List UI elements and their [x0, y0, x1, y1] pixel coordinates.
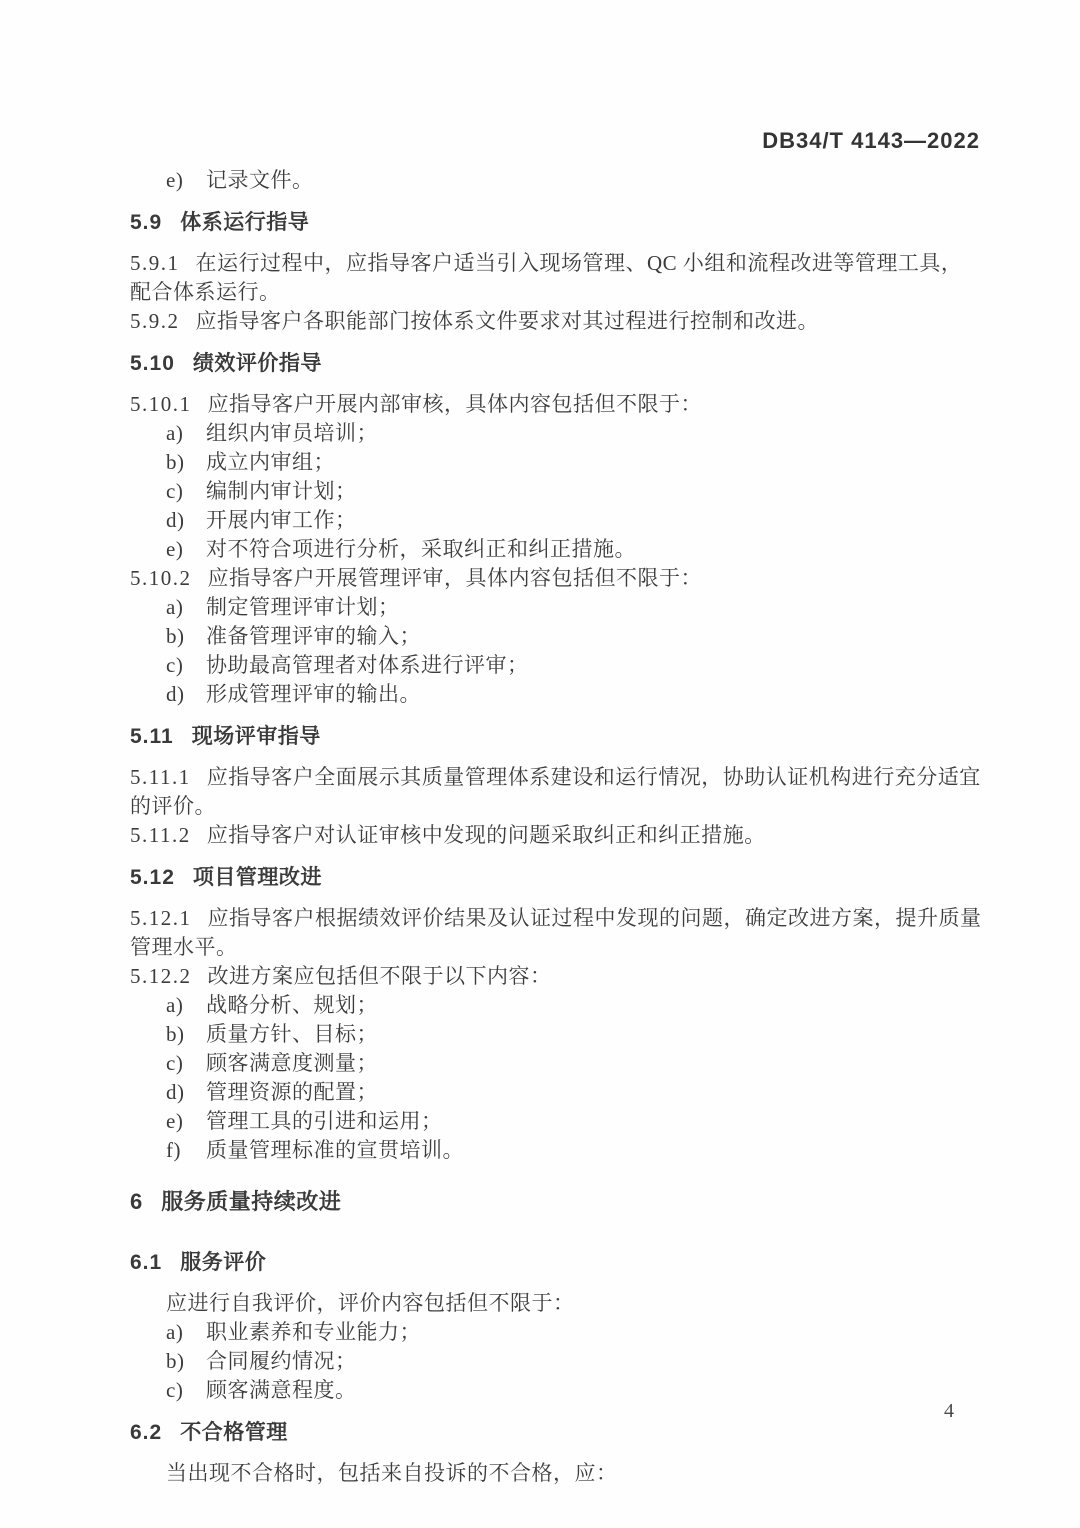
list-item: b)质量方针、目标； [130, 1020, 982, 1049]
clause-number: 5.12.2 [130, 964, 192, 988]
list-item-text: 成立内审组； [206, 450, 335, 474]
section-heading: 6.2不合格管理 [130, 1419, 982, 1447]
clause: 5.10.2应指导客户开展管理评审，具体内容包括但不限于： [130, 564, 982, 593]
list-marker: a) [166, 593, 206, 622]
list-item-text: 战略分析、规划； [206, 993, 378, 1017]
list-item: c)编制内审计划； [130, 477, 982, 506]
clause-number: 5.9.1 [130, 251, 180, 275]
list-item: b)成立内审组； [130, 448, 982, 477]
list-marker: c) [166, 651, 206, 680]
clause-text: 应指导客户对认证审核中发现的问题采取纠正和纠正措施。 [207, 823, 766, 847]
section-heading: 6.1服务评价 [130, 1249, 982, 1277]
list-item-text: 形成管理评审的输出。 [206, 682, 421, 706]
section-number: 5.9 [130, 211, 162, 234]
list-marker: d) [166, 506, 206, 535]
list-marker: b) [166, 622, 206, 651]
list-item: a)战略分析、规划； [130, 991, 982, 1020]
list-item: e)管理工具的引进和运用； [130, 1107, 982, 1136]
list-marker: b) [166, 448, 206, 477]
list-marker: e) [166, 1107, 206, 1136]
section-title: 服务质量持续改进 [161, 1189, 341, 1214]
list-item: a)职业素养和专业能力； [130, 1318, 982, 1347]
clause-text: 应指导客户各职能部门按体系文件要求对其过程进行控制和改进。 [196, 309, 820, 333]
document-content: e)记录文件。5.9体系运行指导5.9.1在运行过程中，应指导客户适当引入现场管… [130, 166, 982, 1488]
list-item: e)记录文件。 [130, 166, 982, 195]
clause-text: 应指导客户根据绩效评价结果及认证过程中发现的问题，确定改进方案，提升质量管理水平… [130, 906, 982, 959]
list-marker: e) [166, 535, 206, 564]
clause-text: 改进方案应包括但不限于以下内容： [208, 964, 552, 988]
paragraph: 当出现不合格时，包括来自投诉的不合格，应： [130, 1459, 982, 1488]
list-item-text: 合同履约情况； [206, 1349, 357, 1373]
clause-number: 5.10.1 [130, 392, 192, 416]
list-item: c)顾客满意度测量； [130, 1049, 982, 1078]
section-title: 项目管理改进 [193, 866, 322, 889]
list-item-text: 管理资源的配置； [206, 1080, 378, 1104]
section-title: 不合格管理 [180, 1421, 288, 1444]
list-item: d)形成管理评审的输出。 [130, 680, 982, 709]
section-heading: 5.10绩效评价指导 [130, 350, 982, 378]
chapter-heading: 6服务质量持续改进 [130, 1187, 982, 1217]
section-number: 5.10 [130, 352, 175, 375]
list-item: c)协助最高管理者对体系进行评审； [130, 651, 982, 680]
list-item-text: 顾客满意度测量； [206, 1051, 378, 1075]
list-marker: b) [166, 1347, 206, 1376]
list-item-text: 职业素养和专业能力； [206, 1320, 421, 1344]
document-page: DB34/T 4143—2022 e)记录文件。5.9体系运行指导5.9.1在运… [0, 0, 1080, 1528]
paragraph-text: 当出现不合格时，包括来自投诉的不合格，应： [166, 1461, 618, 1485]
list-item: b)准备管理评审的输入； [130, 622, 982, 651]
list-marker: a) [166, 991, 206, 1020]
section-title: 绩效评价指导 [193, 352, 322, 375]
clause: 5.11.2应指导客户对认证审核中发现的问题采取纠正和纠正措施。 [130, 821, 982, 850]
list-item-text: 质量方针、目标； [206, 1022, 378, 1046]
section-number: 6.1 [130, 1251, 162, 1274]
section-number: 6.2 [130, 1421, 162, 1444]
paragraph: 应进行自我评价，评价内容包括但不限于： [130, 1289, 982, 1318]
list-marker: f) [166, 1136, 206, 1165]
list-item: c)顾客满意程度。 [130, 1376, 982, 1405]
list-marker: c) [166, 1376, 206, 1405]
section-title: 服务评价 [180, 1251, 266, 1274]
list-item: d)管理资源的配置； [130, 1078, 982, 1107]
clause: 5.12.1应指导客户根据绩效评价结果及认证过程中发现的问题，确定改进方案，提升… [130, 904, 982, 962]
clause-text: 应指导客户开展内部审核，具体内容包括但不限于： [208, 392, 703, 416]
clause: 5.10.1应指导客户开展内部审核，具体内容包括但不限于： [130, 390, 982, 419]
section-number: 6 [130, 1189, 143, 1214]
clause: 5.9.1在运行过程中，应指导客户适当引入现场管理、QC 小组和流程改进等管理工… [130, 249, 982, 307]
clause-number: 5.12.1 [130, 906, 192, 930]
section-heading: 5.11现场评审指导 [130, 723, 982, 751]
list-item-text: 制定管理评审计划； [206, 595, 400, 619]
clause-number: 5.9.2 [130, 309, 180, 333]
list-item: a)组织内审员培训； [130, 419, 982, 448]
clause-text: 应指导客户开展管理评审，具体内容包括但不限于： [208, 566, 703, 590]
section-number: 5.11 [130, 725, 174, 748]
list-marker: e) [166, 166, 206, 195]
section-heading: 5.12项目管理改进 [130, 864, 982, 892]
list-marker: d) [166, 680, 206, 709]
list-marker: d) [166, 1078, 206, 1107]
clause-text: 应指导客户全面展示其质量管理体系建设和运行情况，协助认证机构进行充分适宜的评价。 [130, 765, 981, 818]
list-item-text: 准备管理评审的输入； [206, 624, 421, 648]
page-number: 4 [944, 1400, 954, 1423]
section-title: 现场评审指导 [192, 725, 321, 748]
clause-number: 5.11.2 [130, 823, 191, 847]
list-item-text: 组织内审员培训； [206, 421, 378, 445]
doc-number: DB34/T 4143—2022 [762, 128, 980, 154]
clause: 5.11.1应指导客户全面展示其质量管理体系建设和运行情况，协助认证机构进行充分… [130, 763, 982, 821]
list-item-text: 质量管理标准的宣贯培训。 [206, 1138, 464, 1162]
list-item: a)制定管理评审计划； [130, 593, 982, 622]
list-item: f)质量管理标准的宣贯培训。 [130, 1136, 982, 1165]
list-marker: a) [166, 1318, 206, 1347]
list-item-text: 顾客满意程度。 [206, 1378, 357, 1402]
paragraph-text: 应进行自我评价，评价内容包括但不限于： [166, 1291, 575, 1315]
list-marker: a) [166, 419, 206, 448]
section-title: 体系运行指导 [180, 211, 309, 234]
section-number: 5.12 [130, 866, 175, 889]
list-item-text: 管理工具的引进和运用； [206, 1109, 443, 1133]
list-item: d)开展内审工作； [130, 506, 982, 535]
list-item: e)对不符合项进行分析，采取纠正和纠正措施。 [130, 535, 982, 564]
clause: 5.12.2改进方案应包括但不限于以下内容： [130, 962, 982, 991]
clause-text: 在运行过程中，应指导客户适当引入现场管理、QC 小组和流程改进等管理工具，配合体… [130, 251, 962, 304]
clause-number: 5.11.1 [130, 765, 191, 789]
list-marker: b) [166, 1020, 206, 1049]
list-item-text: 记录文件。 [206, 168, 314, 192]
list-item: b)合同履约情况； [130, 1347, 982, 1376]
section-heading: 5.9体系运行指导 [130, 209, 982, 237]
clause: 5.9.2应指导客户各职能部门按体系文件要求对其过程进行控制和改进。 [130, 307, 982, 336]
list-item-text: 协助最高管理者对体系进行评审； [206, 653, 529, 677]
list-item-text: 编制内审计划； [206, 479, 357, 503]
clause-number: 5.10.2 [130, 566, 192, 590]
list-item-text: 开展内审工作； [206, 508, 357, 532]
list-marker: c) [166, 1049, 206, 1078]
list-item-text: 对不符合项进行分析，采取纠正和纠正措施。 [206, 537, 636, 561]
list-marker: c) [166, 477, 206, 506]
